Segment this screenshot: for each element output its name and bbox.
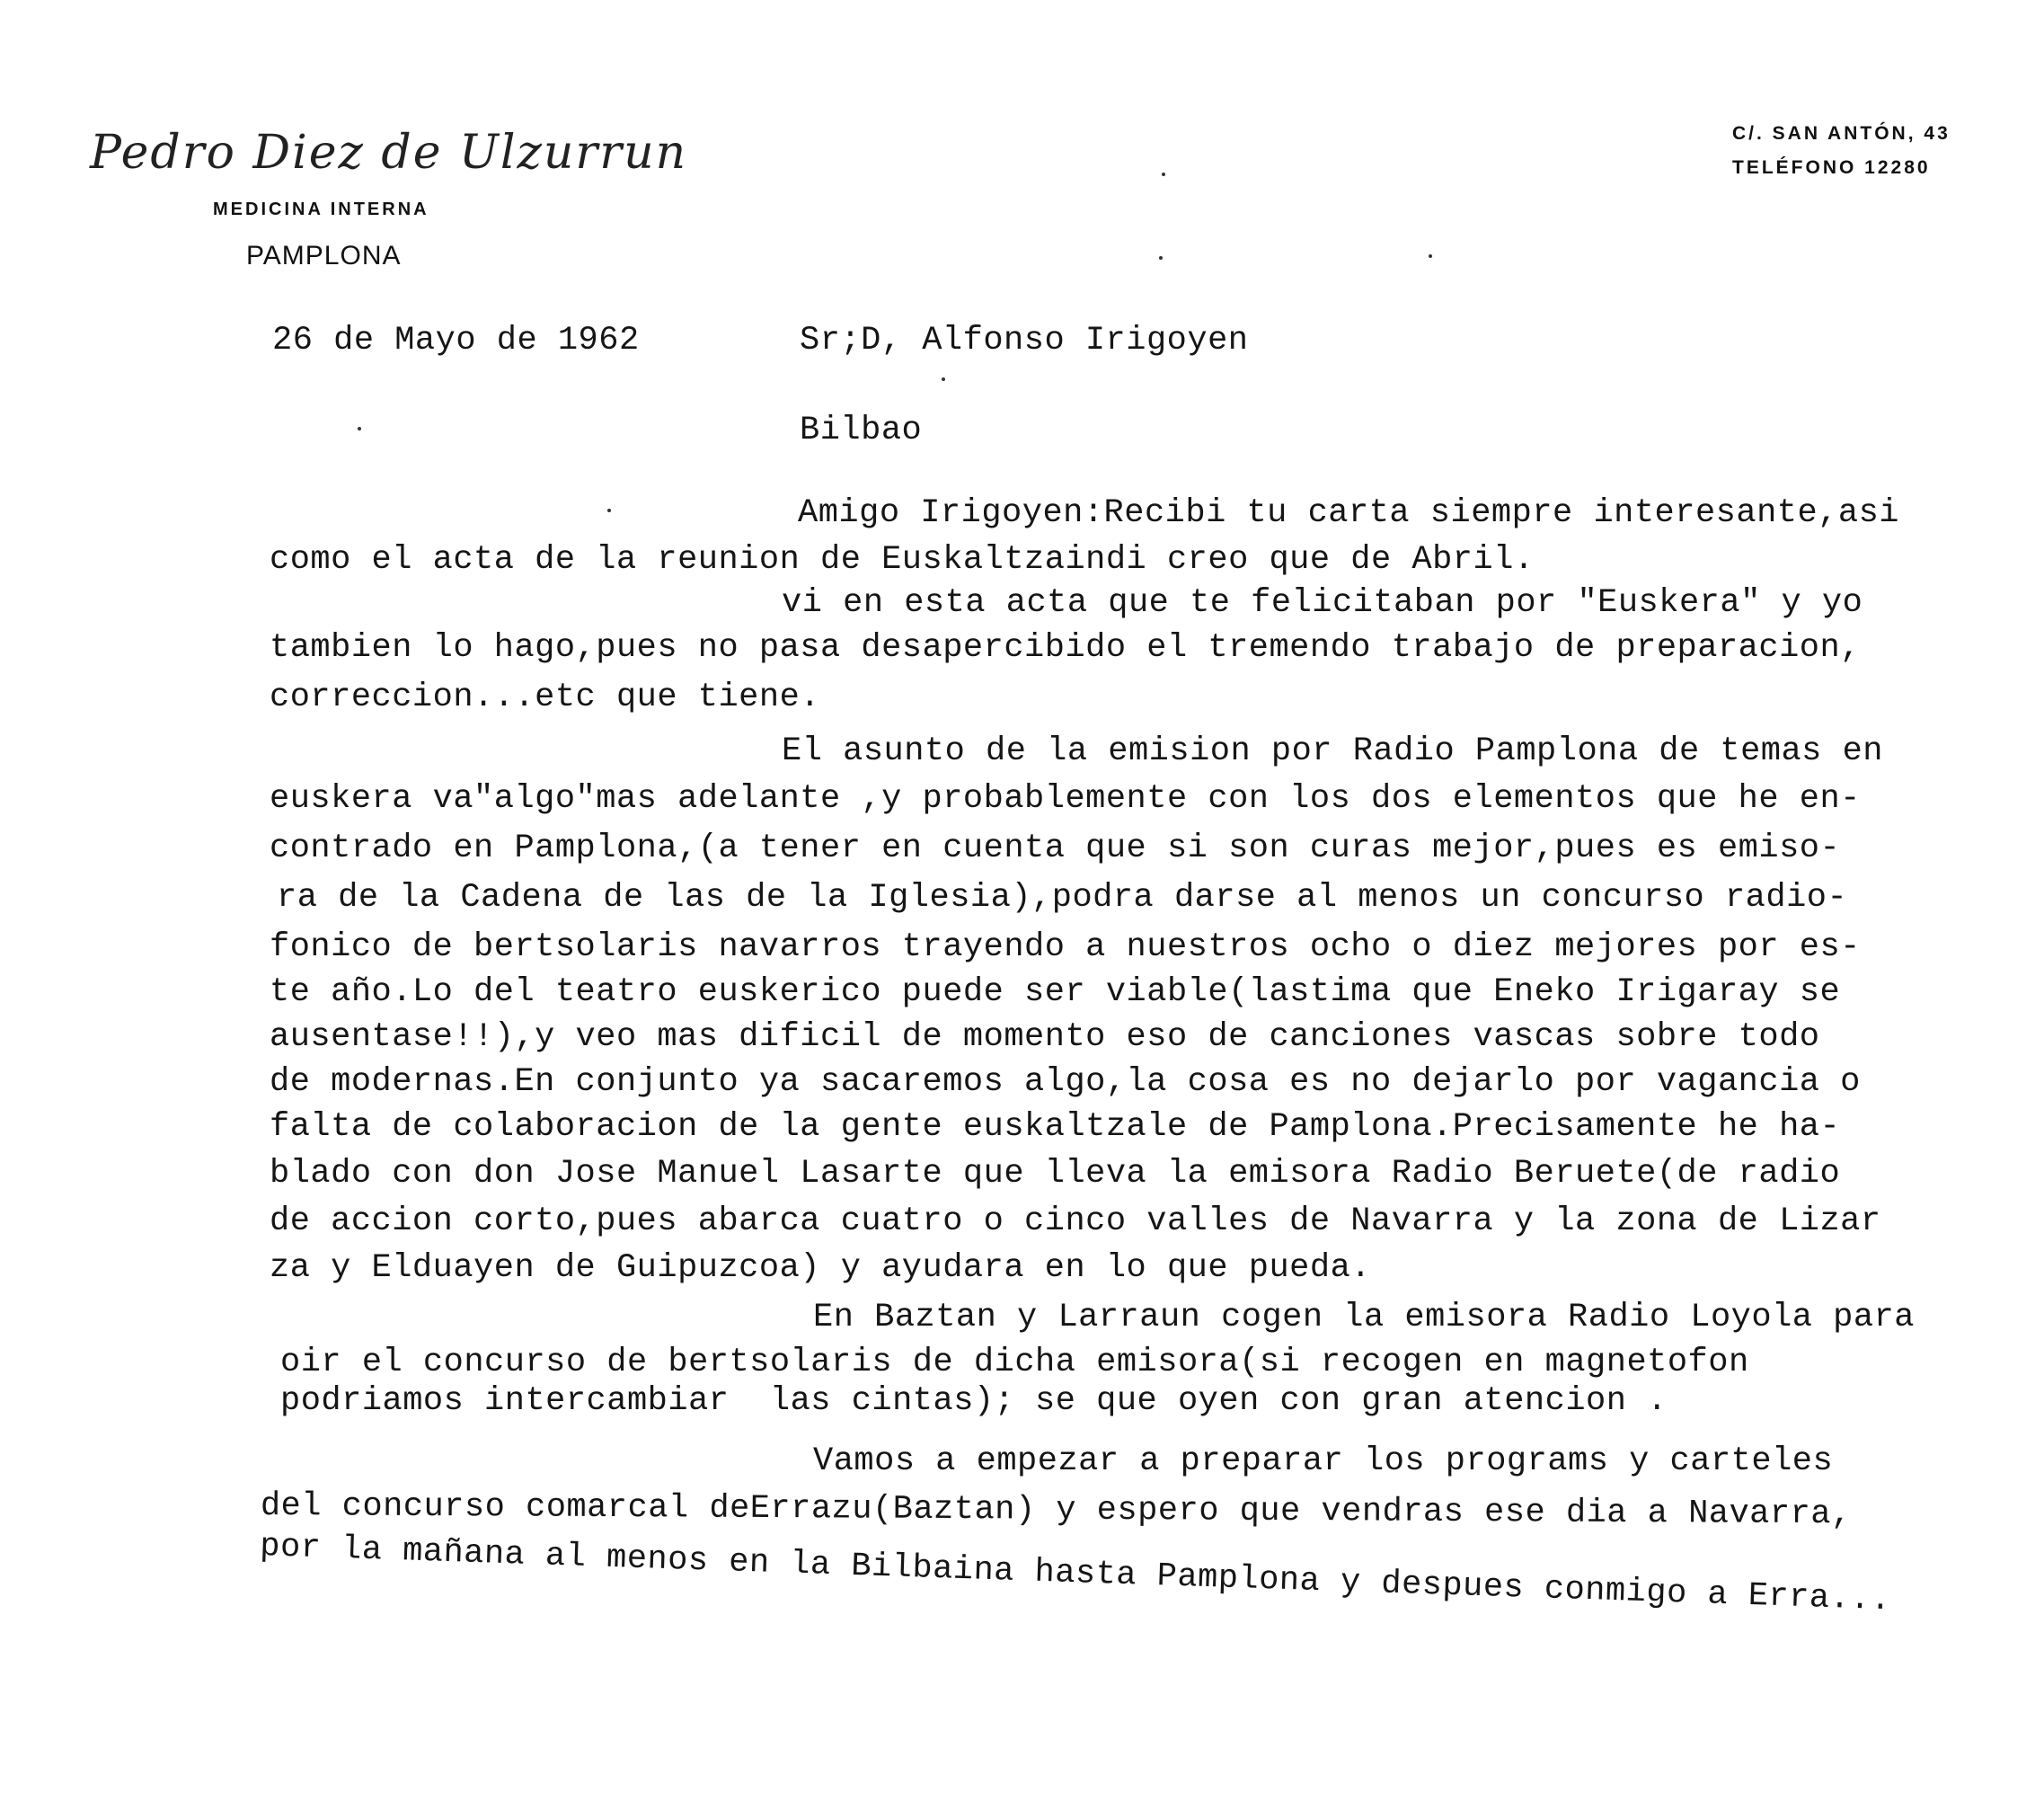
letter-date: 26 de Mayo de 1962: [272, 322, 640, 359]
body-line: podriamos intercambiar las cintas); se q…: [280, 1382, 1668, 1420]
body-line: por la mañana al menos en la Bilbaina ha…: [260, 1528, 1892, 1619]
body-line: ra de la Cadena de las de la Iglesia),po…: [277, 879, 1847, 917]
paper-speck: [607, 509, 611, 512]
paper-speck: [1429, 254, 1432, 258]
body-line: tambien lo hago,pues no pasa desapercibi…: [270, 629, 1861, 667]
letter-page: Pedro Diez de Ulzurrun MEDICINA INTERNA …: [0, 0, 2044, 1801]
letter-recipient-city: Bilbao: [800, 412, 922, 449]
body-line: El asunto de la emision por Radio Pamplo…: [782, 732, 1883, 770]
body-line: fonico de bertsolaris navarros trayendo …: [270, 928, 1861, 966]
paper-speck: [358, 427, 361, 430]
paper-speck: [1159, 256, 1163, 260]
letter-recipient: Sr;D, Alfonso Irigoyen: [800, 322, 1248, 359]
letterhead-city: PAMPLONA: [246, 241, 402, 271]
body-line: Vamos a empezar a preparar los programs …: [813, 1442, 1833, 1480]
body-line: del concurso comarcal deErrazu(Baztan) y…: [261, 1487, 1852, 1533]
body-line: como el acta de la reunion de Euskaltzai…: [270, 541, 1535, 579]
body-line: za y Elduayen de Guipuzcoa) y ayudara en…: [270, 1249, 1371, 1287]
body-line: vi en esta acta que te felicitaban por "…: [782, 584, 1863, 622]
body-line: correccion...etc que tiene.: [270, 679, 820, 716]
body-line: euskera va"algo"mas adelante ,y probable…: [270, 780, 1861, 818]
body-line: de modernas.En conjunto ya sacaremos alg…: [270, 1063, 1861, 1101]
body-line: Amigo Irigoyen:Recibi tu carta siempre i…: [798, 494, 1899, 532]
body-line: te año.Lo del teatro euskerico puede ser…: [270, 973, 1840, 1011]
letterhead-specialty: MEDICINA INTERNA: [213, 200, 429, 220]
letterhead-phone: TELÉFONO 12280: [1732, 151, 1951, 185]
body-line: oir el concurso de bertsolaris de dicha …: [280, 1344, 1749, 1381]
body-line: ausentase!!),y veo mas dificil de moment…: [270, 1018, 1819, 1056]
paper-speck: [1162, 173, 1165, 176]
body-line: blado con don Jose Manuel Lasarte que ll…: [270, 1155, 1840, 1193]
letterhead-address: C/. SAN ANTÓN, 43: [1732, 117, 1951, 151]
body-line: de accion corto,pues abarca cuatro o cin…: [270, 1202, 1881, 1240]
paper-speck: [942, 377, 945, 381]
letterhead-contact: C/. SAN ANTÓN, 43 TELÉFONO 12280: [1732, 117, 1951, 185]
body-line: En Baztan y Larraun cogen la emisora Rad…: [813, 1299, 1915, 1336]
letterhead-name: Pedro Diez de Ulzurrun: [90, 126, 687, 180]
body-line: contrado en Pamplona,(a tener en cuenta …: [270, 830, 1840, 867]
body-line: falta de colaboracion de la gente euskal…: [270, 1108, 1840, 1146]
